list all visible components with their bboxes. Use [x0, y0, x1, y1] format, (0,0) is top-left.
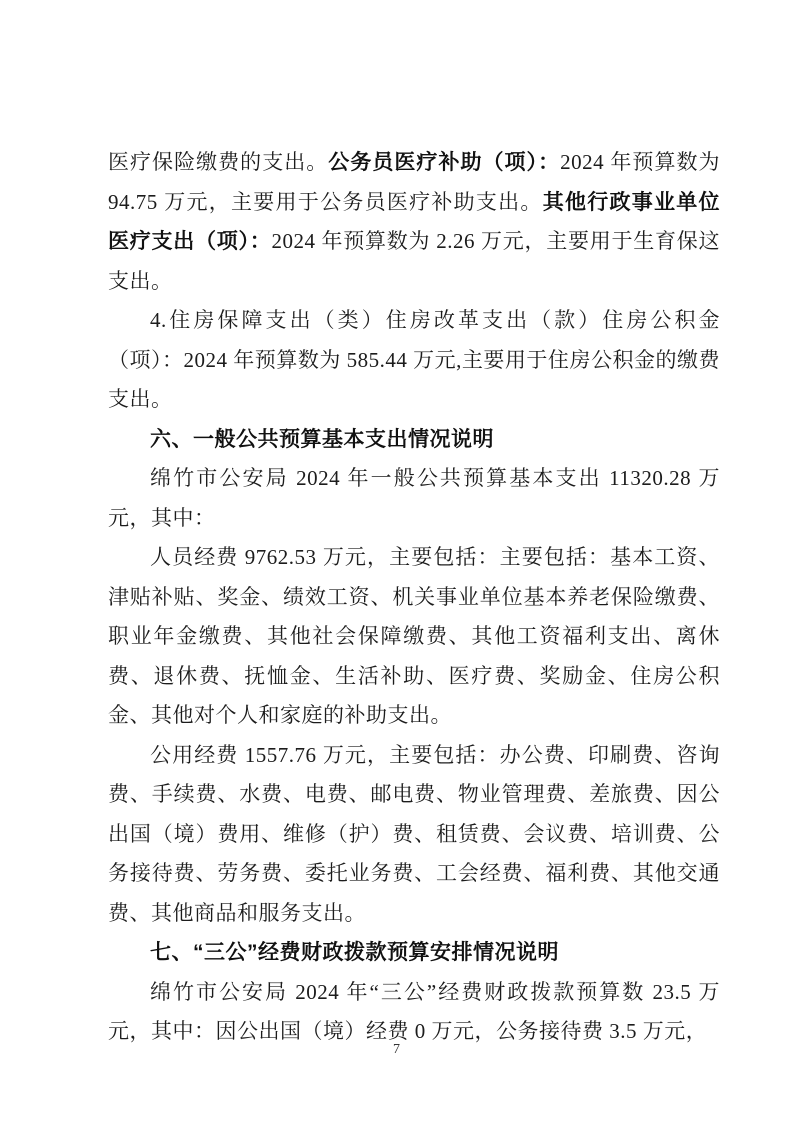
bold-text-run: 七、“三公”经费财政拨款预算安排情况说明	[150, 941, 559, 964]
section-heading: 七、“三公”经费财政拨款预算安排情况说明	[108, 933, 720, 973]
bold-text-run: 六、一般公共预算基本支出情况说明	[150, 428, 494, 451]
paragraph: 4.住房保障支出（类）住房改革支出（款）住房公积金（项）：2024 年预算数为 …	[108, 301, 720, 420]
section-heading: 六、一般公共预算基本支出情况说明	[108, 420, 720, 460]
paragraph: 医疗保险缴费的支出。公务员医疗补助（项）：2024 年预算数为 94.75 万元…	[108, 143, 720, 301]
document-body: 医疗保险缴费的支出。公务员医疗补助（项）：2024 年预算数为 94.75 万元…	[108, 143, 720, 1052]
text-run: 绵竹市公安局 2024 年“三公”经费财政拨款预算数 23.5 万元，其中：因公…	[108, 980, 720, 1044]
text-run: 人员经费 9762.53 万元，主要包括：主要包括：基本工资、津贴补贴、奖金、绩…	[108, 545, 720, 727]
text-run: 公用经费 1557.76 万元，主要包括：办公费、印刷费、咨询费、手续费、水费、…	[108, 743, 720, 925]
text-run: 4.住房保障支出（类）住房改革支出（款）住房公积金（项）：2024 年预算数为 …	[108, 308, 720, 411]
document-page: 医疗保险缴费的支出。公务员医疗补助（项）：2024 年预算数为 94.75 万元…	[0, 0, 793, 1122]
text-run: 医疗保险缴费的支出。	[108, 150, 328, 174]
bold-text-run: 公务员医疗补助（项）：	[328, 151, 560, 174]
page-number: 7	[0, 1040, 793, 1060]
text-run: 绵竹市公安局 2024 年一般公共预算基本支出 11320.28 万元，其中：	[108, 466, 720, 530]
paragraph: 公用经费 1557.76 万元，主要包括：办公费、印刷费、咨询费、手续费、水费、…	[108, 736, 720, 934]
paragraph: 绵竹市公安局 2024 年一般公共预算基本支出 11320.28 万元，其中：	[108, 459, 720, 538]
paragraph: 人员经费 9762.53 万元，主要包括：主要包括：基本工资、津贴补贴、奖金、绩…	[108, 538, 720, 736]
